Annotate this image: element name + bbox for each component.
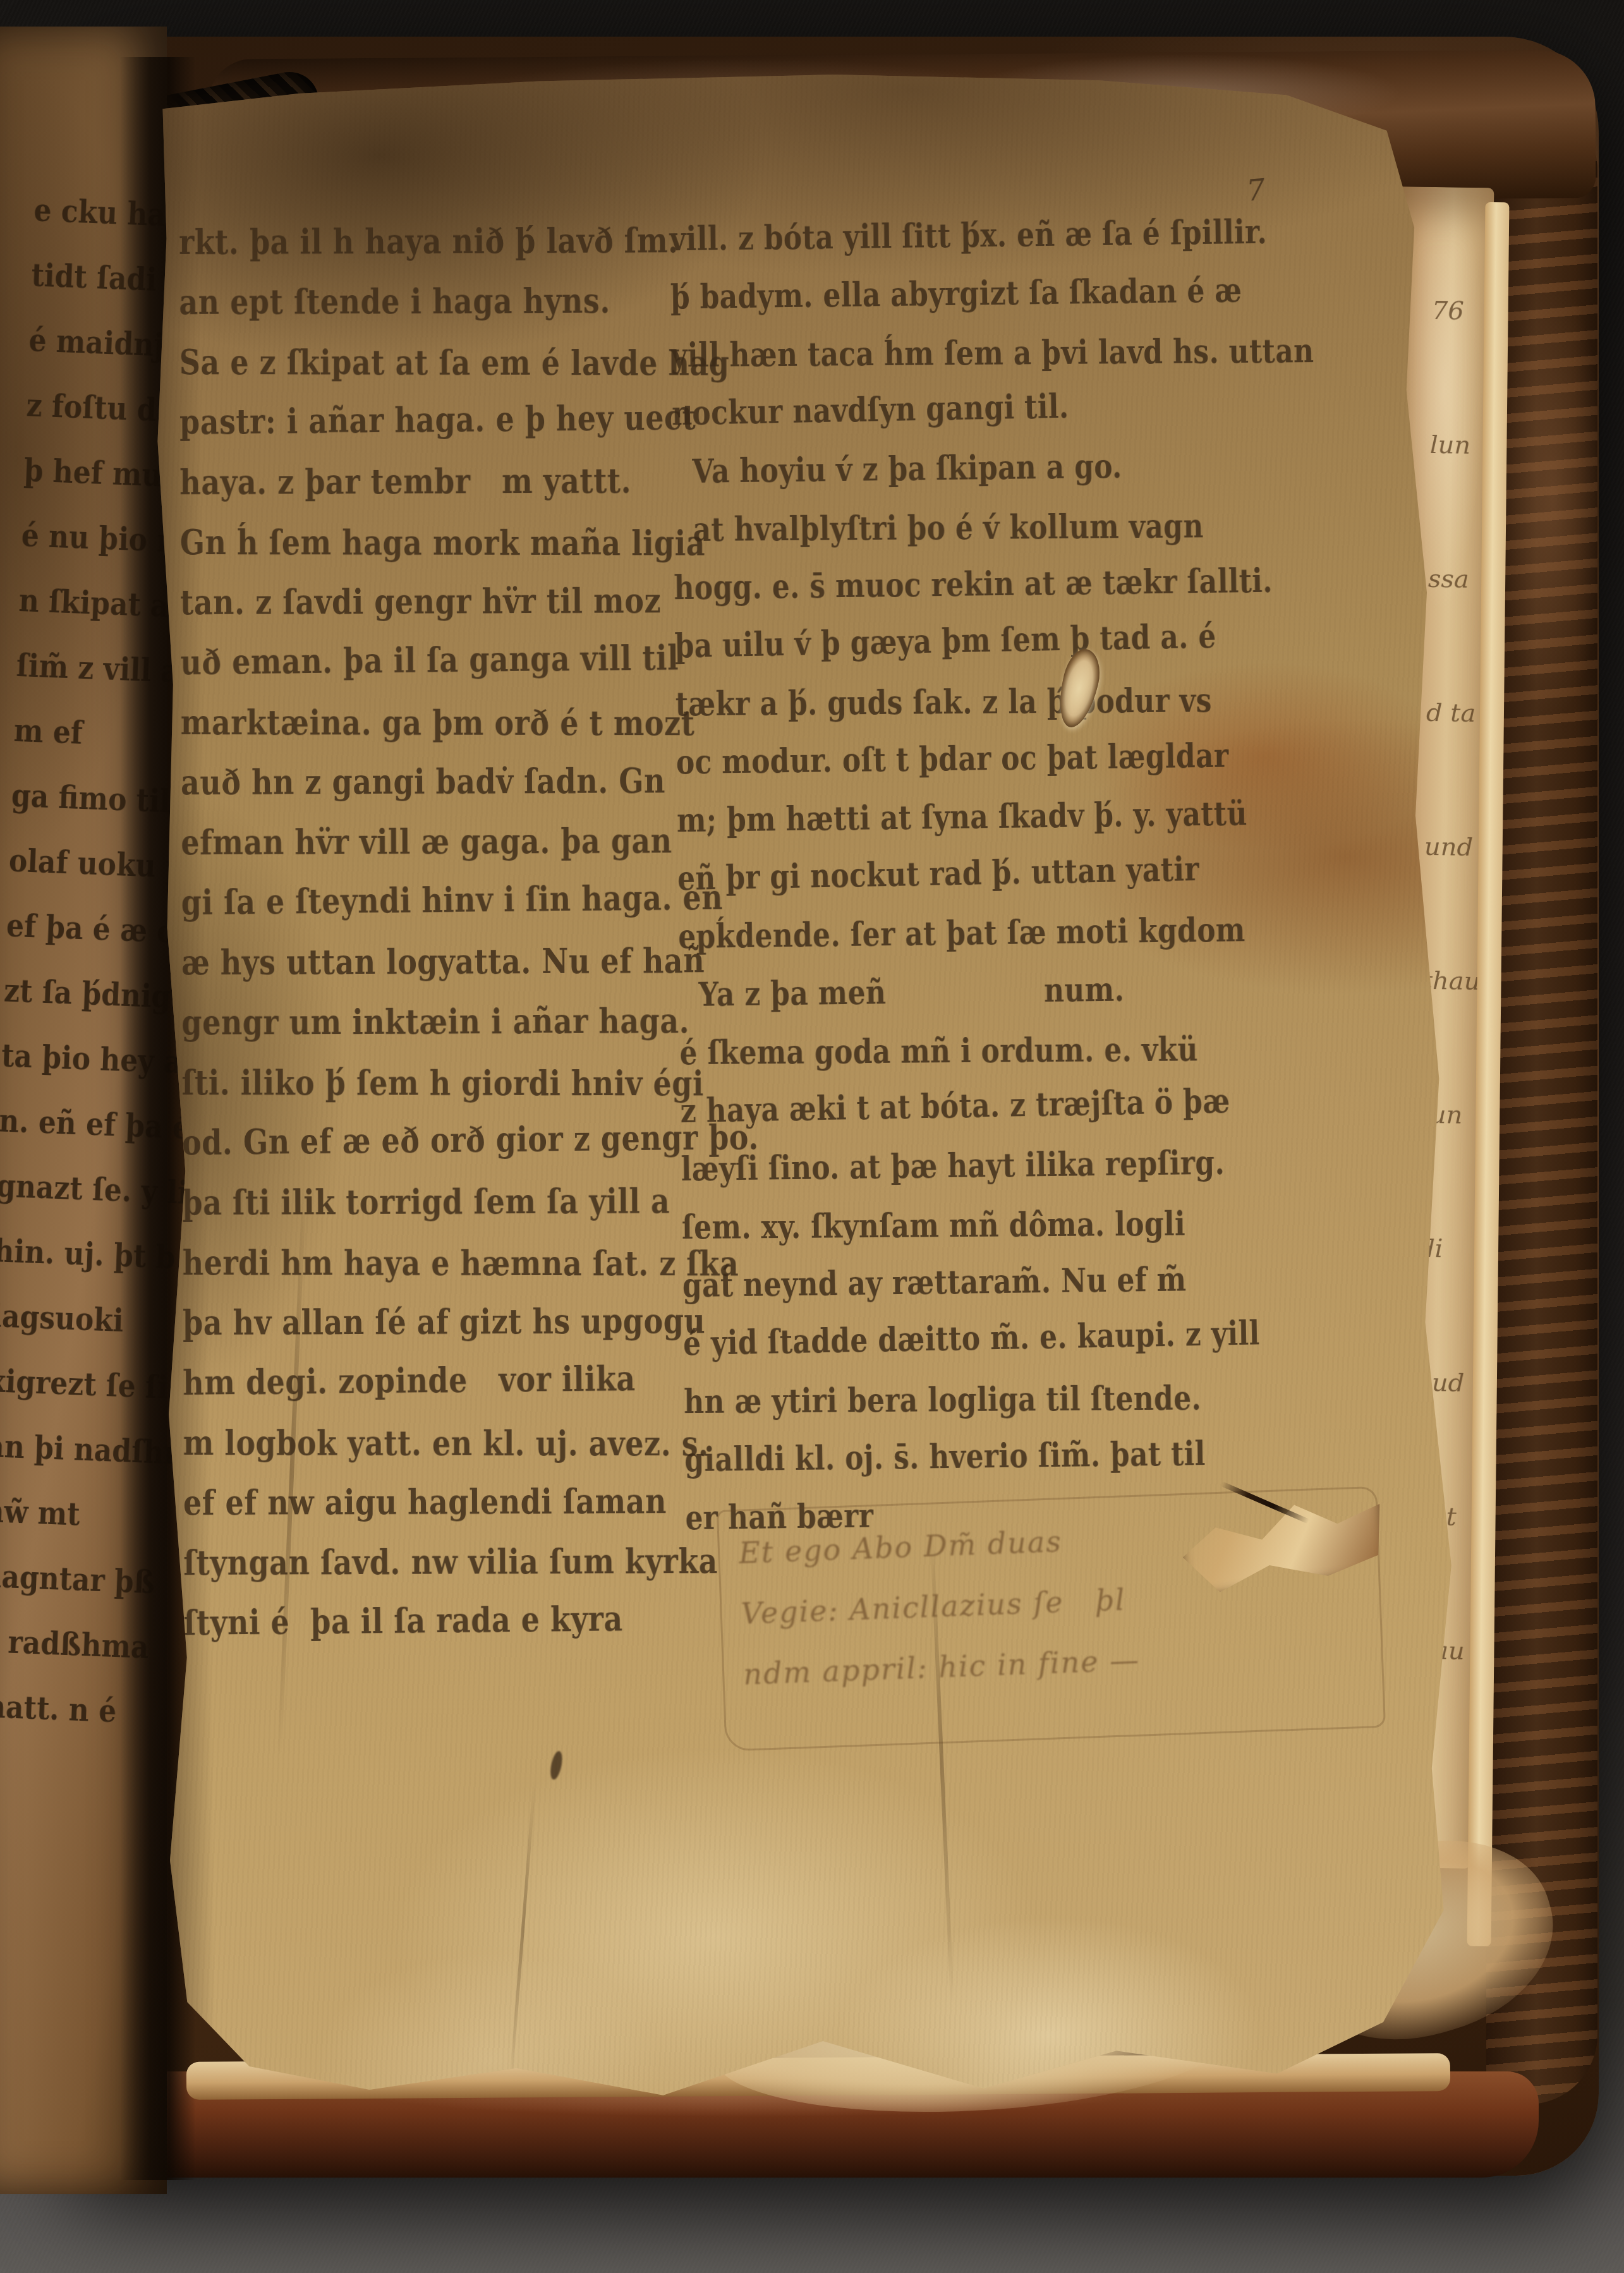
left-text-column: rkt. þa il h haya nið þ́ lavð ſm.an ept … bbox=[179, 211, 718, 1654]
text-line: d ta bbox=[1425, 646, 1488, 780]
parchment-crease bbox=[509, 1780, 536, 2083]
text-line: uð eman. þa il ſa ganga vill til bbox=[180, 622, 715, 698]
main-parchment-page: 7 rkt. þa il h haya nið þ́ lavð ſm.an ep… bbox=[138, 65, 1491, 2104]
right-text-column: vill. z bóta yill ſitt þ́x. eñ æ ſa é ſp… bbox=[669, 203, 1267, 1548]
text-line: hm degi. zopinde vor ilika bbox=[183, 1343, 718, 1419]
manuscript-photo: e cku haya uttintidt ſadi ſené maidnjdw … bbox=[0, 0, 1624, 2273]
text-line: und bbox=[1424, 780, 1486, 914]
text-line: ſtyni é þa il ſa rada e kyra bbox=[183, 1583, 718, 1659]
ink-blot bbox=[548, 1750, 564, 1780]
